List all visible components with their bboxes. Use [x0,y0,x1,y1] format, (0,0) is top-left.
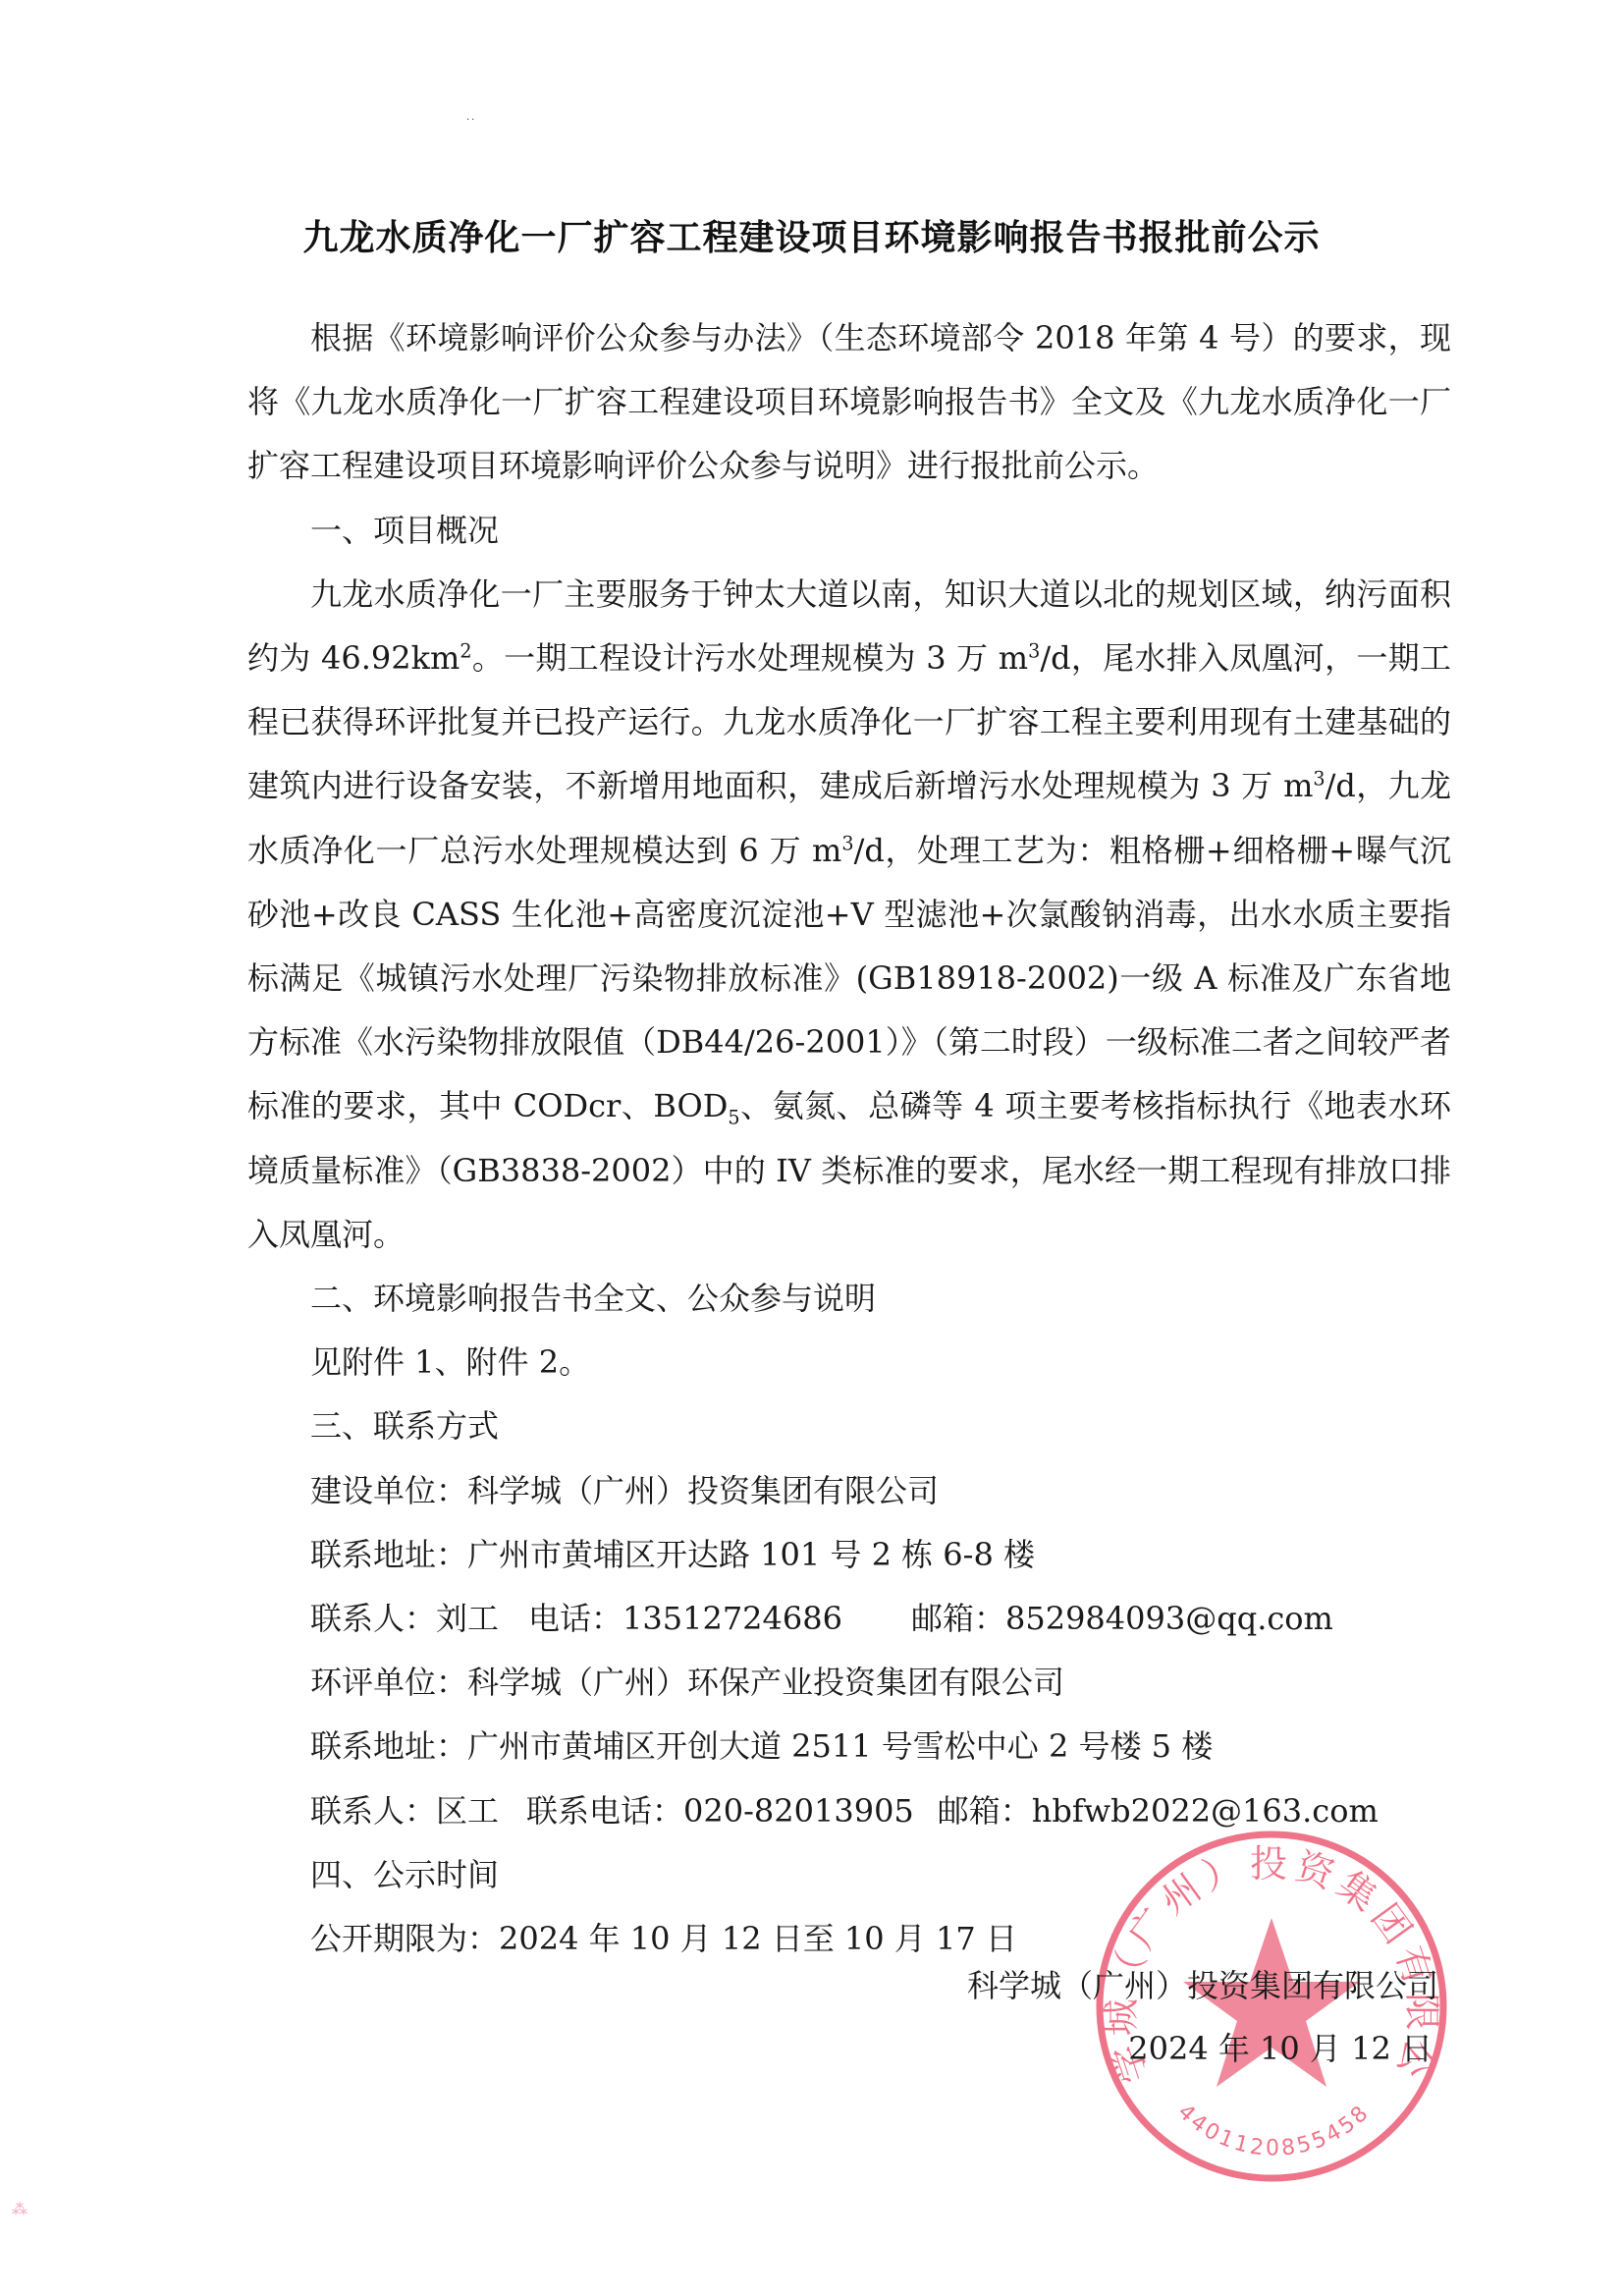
signature-organization: 科学城（广州）投资集团有限公司 [967,1954,1438,2017]
construction-contact-row: 联系人：刘工电话：13512724686邮箱：852984093@qq.com [247,1587,1451,1651]
svg-text:4401120855458: 4401120855458 [1173,2100,1376,2160]
section-heading-report-fulltext: 二、环境影响报告书全文、公众参与说明 [247,1267,1451,1331]
intro-paragraph: 根据《环境影响评价公众参与办法》（生态环境部令 2018 年第 4 号）的要求，… [247,306,1451,499]
eia-phone: 联系电话：020-82013905 [526,1792,914,1830]
construction-unit: 建设单位：科学城（广州）投资集团有限公司 [247,1459,1451,1523]
attachments-reference: 见附件 1、附件 2。 [247,1331,1451,1394]
signature-date: 2024 年 10 月 12 日 [967,2017,1438,2080]
construction-email: 邮箱：852984093@qq.com [911,1600,1333,1637]
eia-unit: 环评单位：科学城（广州）环保产业投资集团有限公司 [247,1651,1451,1715]
section-heading-project-overview: 一、项目概况 [247,499,1451,563]
scan-artifact: .. [466,112,476,123]
eia-contact-person: 联系人：区工 [310,1792,499,1830]
signature-block: 科学城（广州）投资集团有限公司 2024 年 10 月 12 日 [967,1954,1438,2080]
superscript: 3 [841,832,853,854]
eia-address: 联系地址：广州市黄埔区开创大道 2511 号雪松中心 2 号楼 5 楼 [247,1715,1451,1778]
section-heading-contact: 三、联系方式 [247,1394,1451,1458]
superscript: 3 [1028,639,1040,662]
project-overview-paragraph: 九龙水质净化一厂主要服务于钟太大道以南，知识大道以北的规划区域，纳污面积约为 4… [247,563,1451,1267]
text-span: /d，处理工艺为：粗格栅+细格栅+曝气沉砂池+改良 CASS 生化池+高密度沉淀… [247,832,1451,1125]
document-body: 根据《环境影响评价公众参与办法》（生态环境部令 2018 年第 4 号）的要求，… [247,306,1451,1971]
scan-artifact-mark: ⁂ [12,2200,41,2229]
document-title: 九龙水质净化一厂扩容工程建设项目环境影响报告书报批前公示 [0,210,1623,260]
superscript: 3 [1313,768,1325,791]
subscript: 5 [728,1107,739,1129]
superscript: 2 [460,639,471,662]
construction-address: 联系地址：广州市黄埔区开达路 101 号 2 栋 6-8 楼 [247,1523,1451,1587]
construction-contact-person: 联系人：刘工 [310,1600,499,1637]
construction-phone: 电话：13512724686 [528,1600,842,1637]
text-span: 。一期工程设计污水处理规模为 3 万 m [472,639,1029,677]
